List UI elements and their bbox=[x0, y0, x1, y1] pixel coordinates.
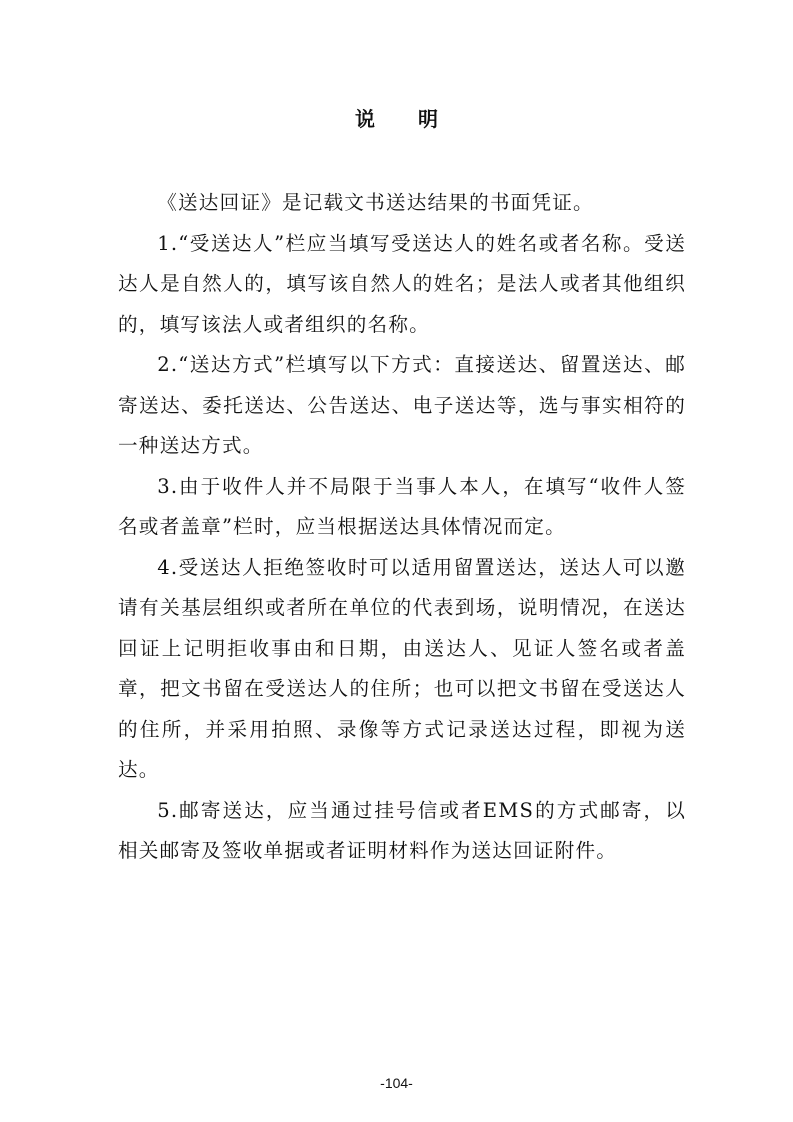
paragraph-intro: 《送达回证》是记载文书送达结果的书面凭证。 bbox=[118, 183, 686, 224]
paragraph-item-2: 2.“送达方式”栏填写以下方式：直接送达、留置送达、邮寄送达、委托送达、公告送达… bbox=[118, 345, 686, 467]
paragraph-item-1: 1.“受送达人”栏应当填写受送达人的姓名或者名称。受送达人是自然人的，填写该自然… bbox=[118, 224, 686, 346]
paragraph-item-3: 3.由于收件人并不局限于当事人本人，在填写“收件人签名或者盖章”栏时，应当根据送… bbox=[118, 467, 686, 548]
page-number: -104- bbox=[0, 1075, 793, 1091]
body-text: 《送达回证》是记载文书送达结果的书面凭证。 1.“受送达人”栏应当填写受送达人的… bbox=[118, 183, 686, 872]
paragraph-item-4: 4.受送达人拒绝签收时可以适用留置送达，送达人可以邀请有关基层组织或者所在单位的… bbox=[118, 548, 686, 791]
paragraph-item-5: 5.邮寄送达，应当通过挂号信或者EMS的方式邮寄，以相关邮寄及签收单据或者证明材… bbox=[118, 791, 686, 872]
page-title: 说 明 bbox=[0, 103, 793, 132]
